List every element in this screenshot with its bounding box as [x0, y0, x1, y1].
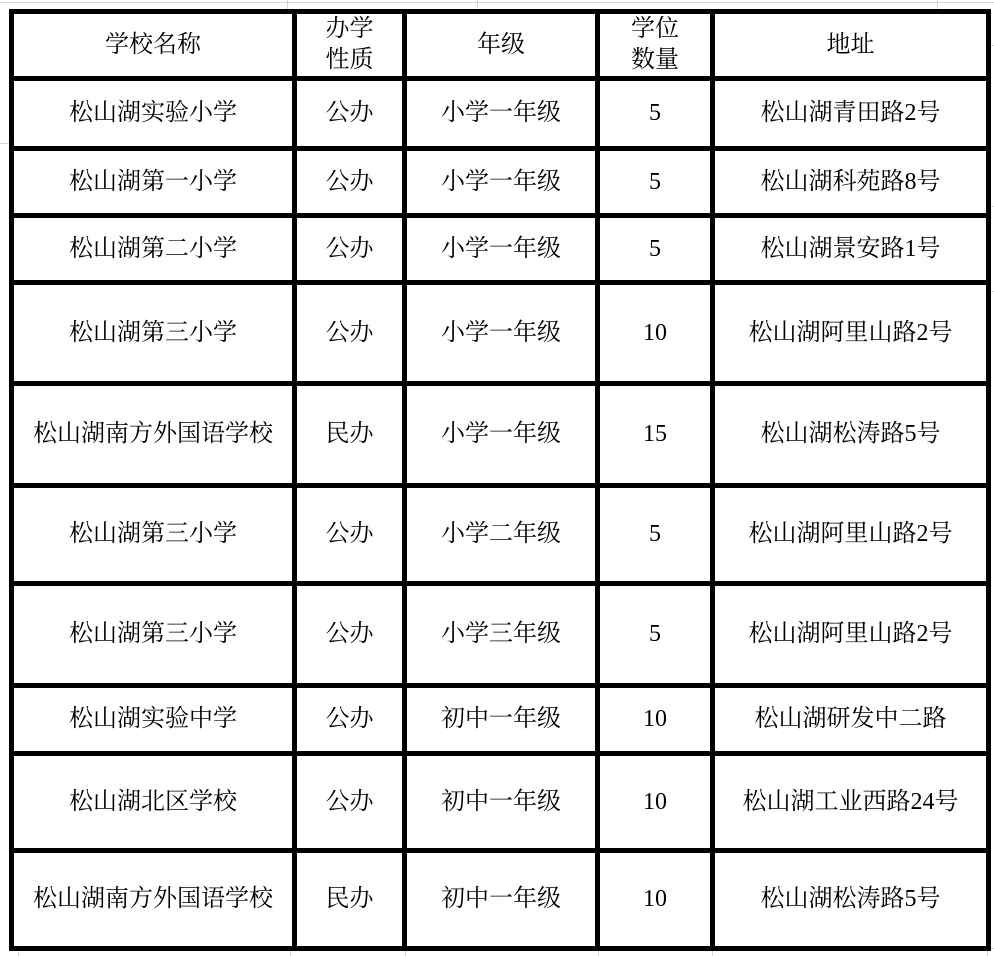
cell-seat-count: 10 — [598, 851, 713, 949]
cell-school-type: 公办 — [295, 283, 405, 384]
cell-address: 松山湖科苑路8号 — [713, 149, 989, 216]
cell-seat-count: 5 — [598, 216, 713, 283]
cell-grade: 小学二年级 — [405, 486, 598, 584]
table-row: 松山湖实验小学 公办 小学一年级 5 松山湖青田路2号 — [12, 79, 989, 149]
gridline — [477, 0, 478, 9]
cell-grade: 小学一年级 — [405, 216, 598, 283]
cell-seat-count: 5 — [598, 486, 713, 584]
cell-seat-count: 10 — [598, 754, 713, 851]
cell-school-type: 公办 — [295, 754, 405, 851]
table-row: 松山湖第三小学 公办 小学二年级 5 松山湖阿里山路2号 — [12, 486, 989, 584]
gridline — [0, 2, 994, 3]
table-row: 松山湖实验中学 公办 初中一年级 10 松山湖研发中二路 — [12, 686, 989, 754]
cell-address: 松山湖阿里山路2号 — [713, 584, 989, 686]
cell-seat-count: 5 — [598, 584, 713, 686]
cell-seat-count: 5 — [598, 149, 713, 216]
cell-address: 松山湖松涛路5号 — [713, 384, 989, 486]
cell-grade: 小学一年级 — [405, 79, 598, 149]
header-seat-count: 学位 数量 — [598, 12, 713, 79]
cell-grade: 初中一年级 — [405, 851, 598, 949]
header-address: 地址 — [713, 12, 989, 79]
cell-school-type: 公办 — [295, 216, 405, 283]
cell-school-type: 公办 — [295, 686, 405, 754]
header-school-name: 学校名称 — [12, 12, 295, 79]
gridline — [287, 0, 288, 9]
cell-grade: 初中一年级 — [405, 686, 598, 754]
cell-school-name: 松山湖第三小学 — [12, 283, 295, 384]
cell-address: 松山湖研发中二路 — [713, 686, 989, 754]
table-row: 松山湖第一小学 公办 小学一年级 5 松山湖科苑路8号 — [12, 149, 989, 216]
cell-school-name: 松山湖第二小学 — [12, 216, 295, 283]
cell-grade: 小学三年级 — [405, 584, 598, 686]
gridline — [937, 0, 938, 9]
cell-grade: 小学一年级 — [405, 384, 598, 486]
cell-school-type: 公办 — [295, 486, 405, 584]
cell-school-name: 松山湖实验小学 — [12, 79, 295, 149]
table-row: 松山湖南方外国语学校 民办 初中一年级 10 松山湖松涛路5号 — [12, 851, 989, 949]
cell-school-name: 松山湖北区学校 — [12, 754, 295, 851]
cell-address: 松山湖阿里山路2号 — [713, 283, 989, 384]
cell-school-name: 松山湖南方外国语学校 — [12, 384, 295, 486]
cell-grade: 小学一年级 — [405, 149, 598, 216]
cell-school-name: 松山湖第三小学 — [12, 584, 295, 686]
cell-school-type: 民办 — [295, 384, 405, 486]
page: 学校名称 办学 性质 年级 学位 数量 地址 松山湖实验小学 公办 小学一年级 … — [0, 0, 994, 956]
table-row: 松山湖第二小学 公办 小学一年级 5 松山湖景安路1号 — [12, 216, 989, 283]
cell-school-type: 公办 — [295, 149, 405, 216]
cell-school-name: 松山湖实验中学 — [12, 686, 295, 754]
header-grade: 年级 — [405, 12, 598, 79]
cell-school-type: 公办 — [295, 79, 405, 149]
table-row: 松山湖第三小学 公办 小学三年级 5 松山湖阿里山路2号 — [12, 584, 989, 686]
cell-address: 松山湖阿里山路2号 — [713, 486, 989, 584]
school-seats-table: 学校名称 办学 性质 年级 学位 数量 地址 松山湖实验小学 公办 小学一年级 … — [9, 9, 991, 951]
header-row: 学校名称 办学 性质 年级 学位 数量 地址 — [12, 12, 989, 79]
cell-school-name: 松山湖第一小学 — [12, 149, 295, 216]
table-row: 松山湖第三小学 公办 小学一年级 10 松山湖阿里山路2号 — [12, 283, 989, 384]
cell-seat-count: 10 — [598, 283, 713, 384]
cell-address: 松山湖松涛路5号 — [713, 851, 989, 949]
cell-seat-count: 5 — [598, 79, 713, 149]
cell-school-name: 松山湖第三小学 — [12, 486, 295, 584]
table-row: 松山湖南方外国语学校 民办 小学一年级 15 松山湖松涛路5号 — [12, 384, 989, 486]
cell-school-type: 民办 — [295, 851, 405, 949]
cell-seat-count: 15 — [598, 384, 713, 486]
cell-grade: 初中一年级 — [405, 754, 598, 851]
cell-seat-count: 10 — [598, 686, 713, 754]
cell-grade: 小学一年级 — [405, 283, 598, 384]
cell-address: 松山湖青田路2号 — [713, 79, 989, 149]
header-school-type: 办学 性质 — [295, 12, 405, 79]
cell-school-type: 公办 — [295, 584, 405, 686]
cell-address: 松山湖工业西路24号 — [713, 754, 989, 851]
cell-address: 松山湖景安路1号 — [713, 216, 989, 283]
table-row: 松山湖北区学校 公办 初中一年级 10 松山湖工业西路24号 — [12, 754, 989, 851]
cell-school-name: 松山湖南方外国语学校 — [12, 851, 295, 949]
gridline — [0, 143, 9, 144]
